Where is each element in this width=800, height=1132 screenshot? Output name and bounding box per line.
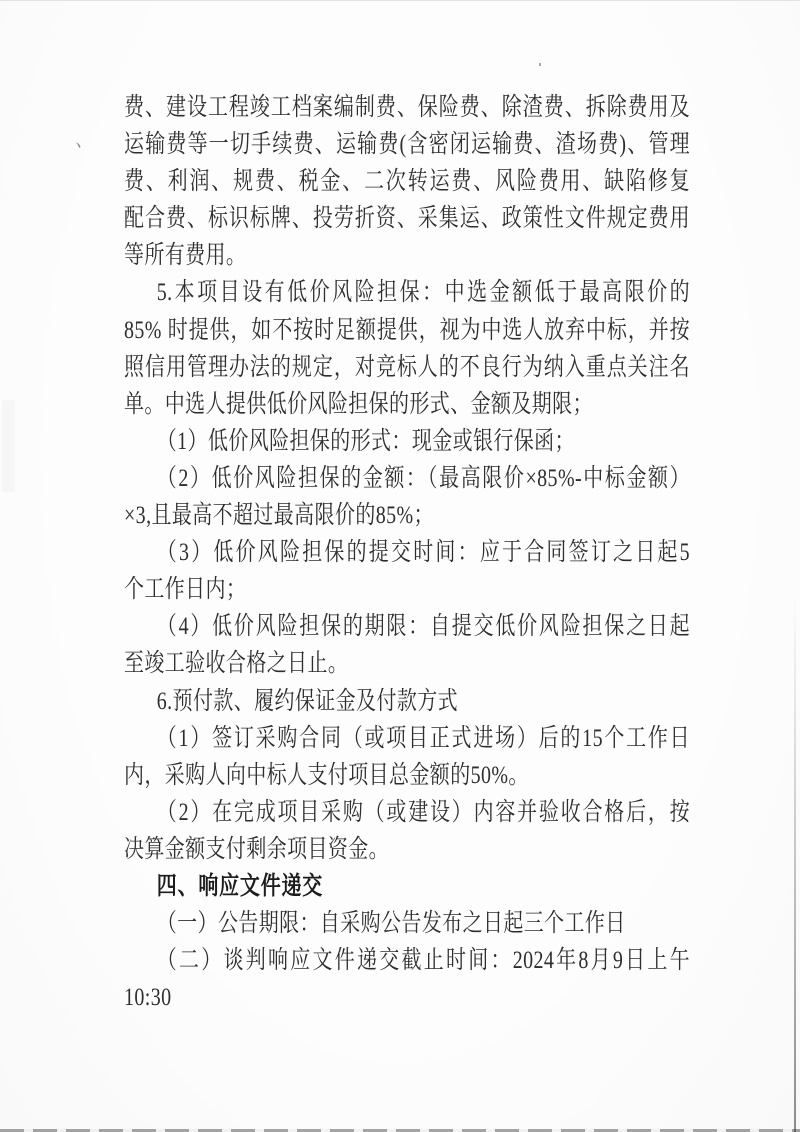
clause5-line-2: 85% 时提供，如不按时足额提供，视为中选人放弃中标，并按: [124, 312, 690, 349]
fees-paragraph-line-5: 等所有费用。: [124, 237, 690, 274]
scan-stray-comma-mark: 、: [74, 125, 97, 154]
clause6-item1-line-1: （1）签订采购合同（或项目正式进场）后的15个工作日: [124, 720, 690, 757]
document-body: 费、建设工程竣工档案编制费、保险费、除渣费、拆除费用及 运输费等一切手续费、运输…: [124, 89, 690, 1016]
fees-paragraph-line-3: 费、利润、规费、税金、二次转运费、风险费用、缺陷修复费、: [124, 163, 690, 200]
clause6-item2-line-1: （2）在完成项目采购（或建设）内容并验收合格后，按: [124, 794, 690, 831]
clause5-line-1: 5.本项目设有低价风险担保：中选金额低于最高限价的: [124, 274, 690, 311]
clause5-item3-line-2: 个工作日内；: [124, 571, 690, 608]
clause6-heading: 6.预付款、履约保证金及付款方式: [124, 683, 690, 720]
clause5-item4-line-2: 至竣工验收合格之日止。: [124, 645, 690, 682]
scan-red-speck: [539, 63, 541, 66]
scan-top-edge-line: [0, 0, 800, 1]
clause5-item2-line-1: （2）低价风险担保的金额：（最高限价×85%-中标金额）: [124, 460, 690, 497]
fees-paragraph-line-2: 运输费等一切手续费、运输费(含密闭运输费、渣场费)、管理: [124, 126, 690, 163]
scan-left-smudge: [2, 400, 15, 492]
clause6-item2-line-2: 决算金额支付剩余项目资金。: [124, 831, 690, 868]
section4-item2-line-2: 10:30: [124, 979, 690, 1016]
clause5-line-3: 照信用管理办法的规定，对竞标人的不良行为纳入重点关注名: [124, 349, 690, 386]
fees-paragraph-line-4: 配合费、标识标牌、投劳折资、采集运、政策性文件规定费用: [124, 200, 690, 237]
clause5-item3-line-1: （3）低价风险担保的提交时间：应于合同签订之日起5: [124, 534, 690, 571]
scanned-document-page: 、 费、建设工程竣工档案编制费、保险费、除渣费、拆除费用及 运输费等一切手续费、…: [0, 0, 800, 1132]
clause5-item2-line-2: ×3,且最高不超过最高限价的85%；: [124, 497, 690, 534]
scan-right-edge-line: [794, 598, 796, 1132]
clause6-item1-line-2: 内，采购人向中标人支付项目总金额的50%。: [124, 757, 690, 794]
clause5-item4-line-1: （4）低价风险担保的期限：自提交低价风险担保之日起: [124, 608, 690, 645]
fees-paragraph-line-1: 费、建设工程竣工档案编制费、保险费、除渣费、拆除费用及: [124, 89, 690, 126]
section4-item1: （一）公告期限：自采购公告发布之日起三个工作日: [124, 905, 690, 942]
clause5-line-4: 单。中选人提供低价风险担保的形式、金额及期限；: [124, 386, 690, 423]
section4-item2-line-1: （二）谈判响应文件递交截止时间：2024年8月9日上午: [124, 942, 690, 979]
clause5-item1: （1）低价风险担保的形式：现金或银行保函；: [124, 423, 690, 460]
section4-heading: 四、响应文件递交: [124, 868, 690, 905]
